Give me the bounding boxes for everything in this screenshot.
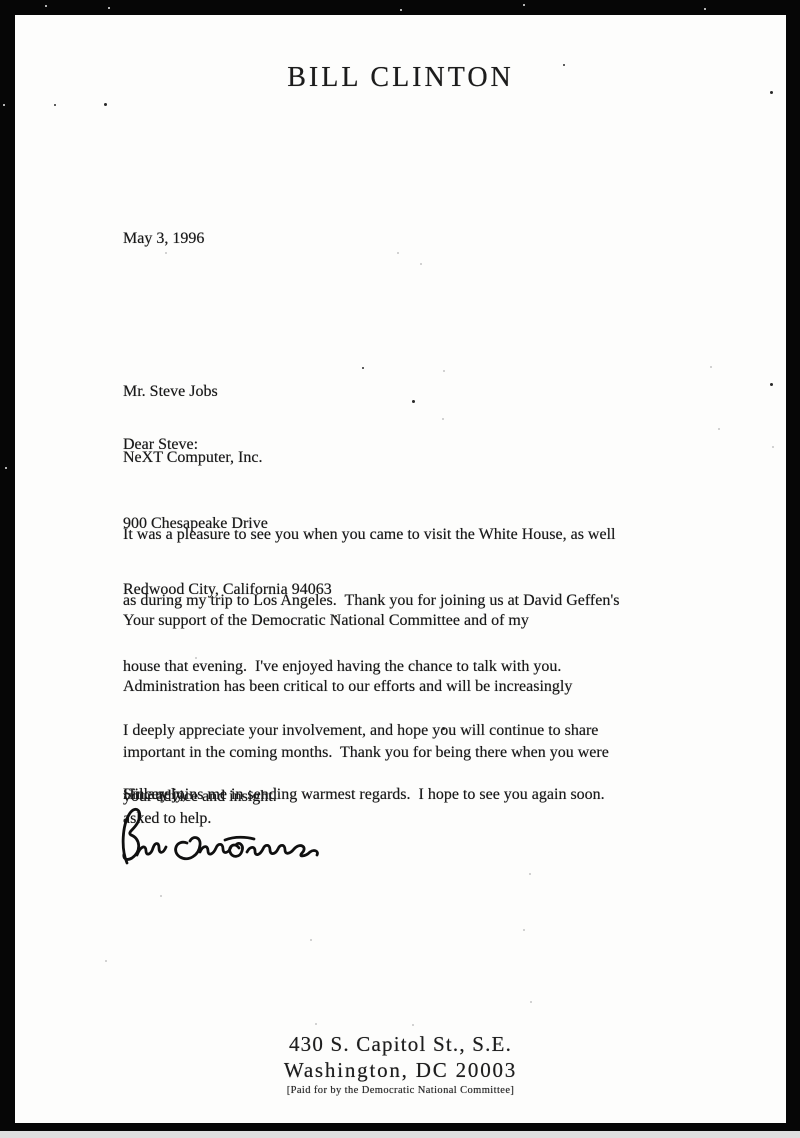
footer-address-line: Washington, DC 20003 — [15, 1057, 786, 1083]
handwritten-signature — [111, 805, 331, 875]
scan-speck — [704, 8, 706, 10]
scan-speck — [718, 428, 720, 430]
scan-speck — [563, 64, 565, 66]
scan-speck — [412, 1024, 414, 1026]
scan-speck — [443, 370, 445, 372]
scan-speck — [45, 5, 47, 7]
scan-speck — [195, 657, 197, 659]
scanned-letter: BILL CLINTON May 3, 1996 Mr. Steve Jobs … — [0, 0, 800, 1138]
footer-fine-print: [Paid for by the Democratic National Com… — [15, 1085, 786, 1096]
scan-speck — [362, 367, 364, 369]
scan-speck — [108, 7, 110, 9]
paragraph-line: I deeply appreciate your involvement, an… — [123, 720, 598, 742]
scan-speck — [160, 895, 162, 897]
scan-speck — [54, 104, 56, 106]
scan-speck — [420, 263, 422, 265]
scan-speck — [442, 418, 444, 420]
scan-speck — [772, 446, 774, 448]
paragraph-line: It was a pleasure to see you when you ca… — [123, 524, 619, 546]
scan-speck — [442, 727, 445, 730]
scan-speck — [165, 252, 167, 254]
scan-speck — [710, 366, 712, 368]
scan-speck — [529, 873, 531, 875]
scan-speck — [412, 400, 415, 403]
scan-speck — [105, 960, 107, 962]
scan-speck — [3, 104, 5, 106]
letter-page: BILL CLINTON May 3, 1996 Mr. Steve Jobs … — [15, 15, 786, 1123]
scan-speck — [104, 103, 107, 106]
paragraph-line: Hillary joins me in sending warmest rega… — [123, 784, 605, 806]
closing: Sincerely, — [123, 784, 186, 806]
scan-speck — [310, 939, 312, 941]
recipient-line: Mr. Steve Jobs — [123, 381, 332, 403]
scan-speck — [770, 91, 773, 94]
scan-speck — [335, 615, 337, 617]
scan-speck — [530, 1001, 532, 1003]
letterhead-title: BILL CLINTON — [15, 62, 786, 94]
footer-address-line: 430 S. Capitol St., S.E. — [15, 1031, 786, 1057]
scan-speck — [770, 383, 773, 386]
paragraph-line: Your support of the Democratic National … — [123, 610, 609, 632]
letter-date: May 3, 1996 — [123, 228, 204, 250]
scan-speck — [400, 9, 402, 11]
scan-speck — [397, 252, 399, 254]
scan-speck — [315, 1023, 317, 1025]
footer-address: 430 S. Capitol St., S.E. Washington, DC … — [15, 1031, 786, 1083]
scan-bottom-edge — [0, 1131, 800, 1138]
scan-speck — [523, 4, 525, 6]
scan-speck — [523, 929, 525, 931]
bill-clinton-signature-icon — [111, 805, 331, 875]
scan-speck — [5, 467, 7, 469]
salutation: Dear Steve: — [123, 434, 198, 456]
